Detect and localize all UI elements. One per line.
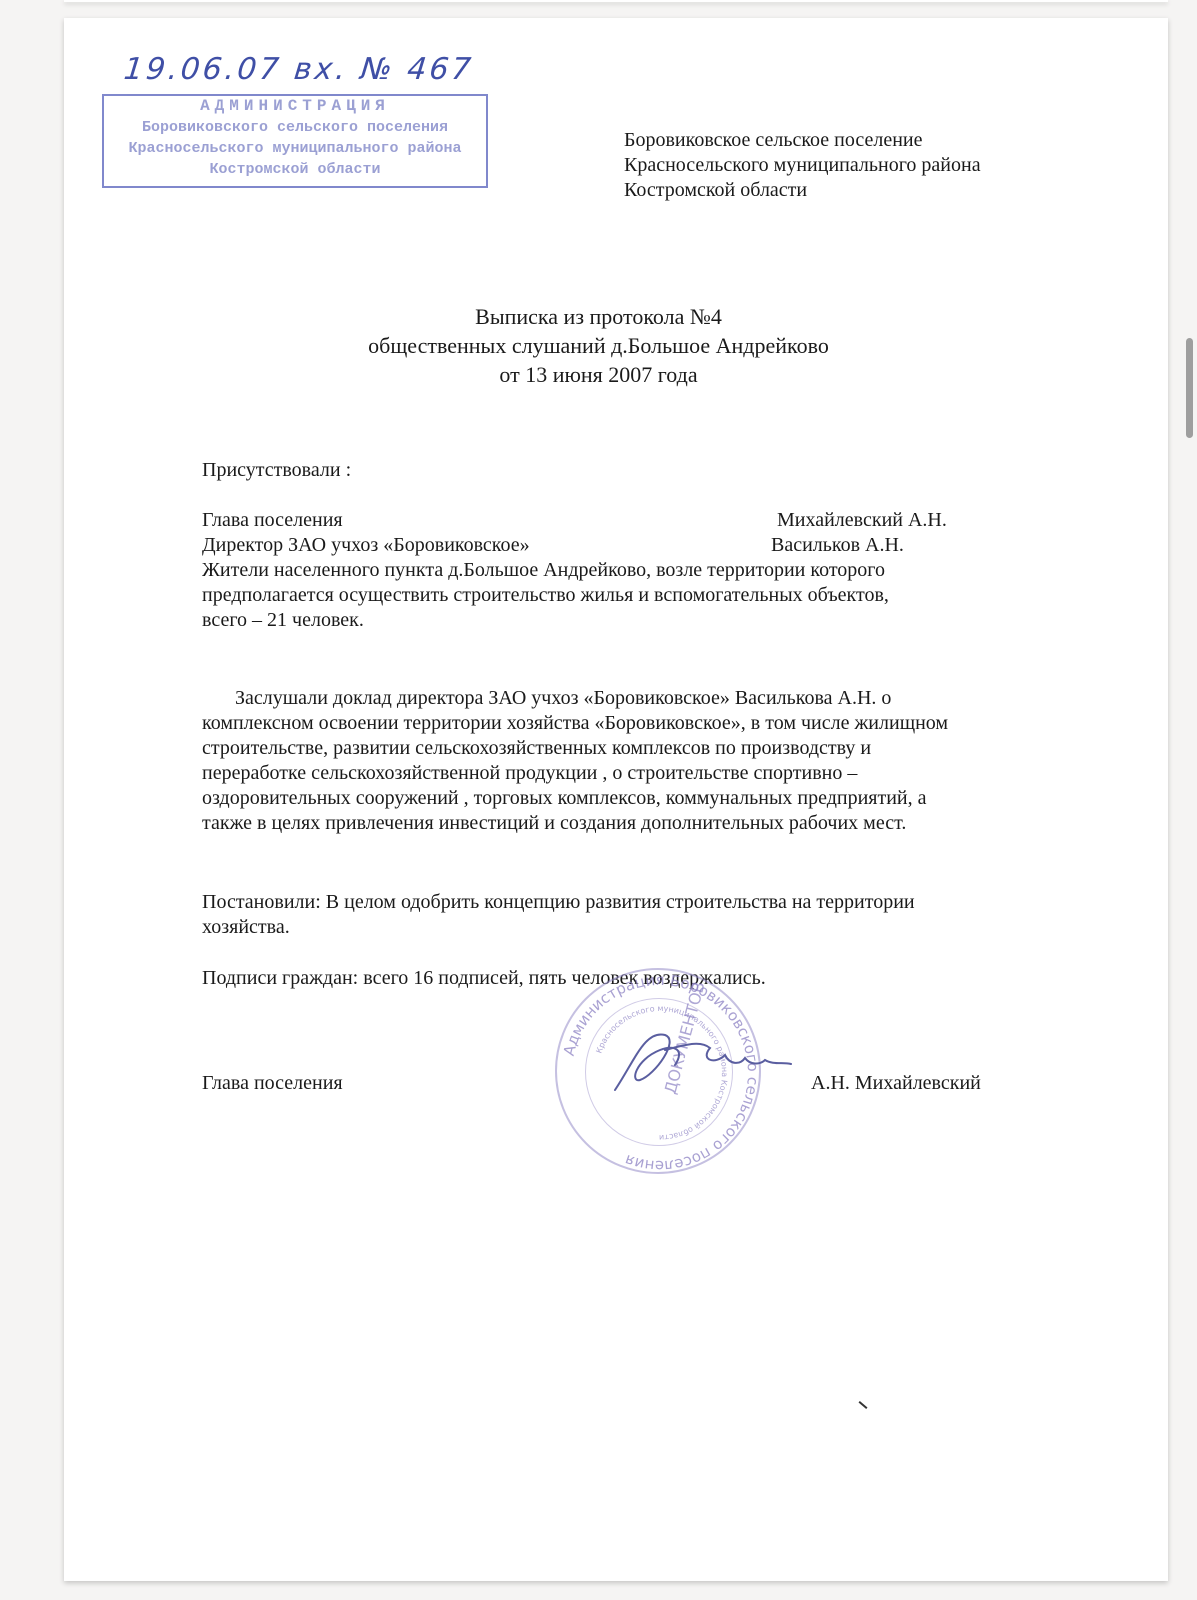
previous-page-edge (64, 0, 1168, 2)
corner-stamp-line: Красносельского муниципального района (104, 138, 486, 159)
resolved-line: Постановили: В целом одобрить концепцию … (202, 890, 915, 915)
heard-line: строительстве, развитии сельскохозяйстве… (202, 736, 948, 761)
signoff-role: Глава поселения (202, 1071, 343, 1096)
heard-line: комплексном освоении территории хозяйств… (202, 711, 948, 736)
residents-line: предполагается осуществить строительство… (202, 583, 889, 608)
heard-line: переработке сельскохозяйственной продукц… (202, 761, 948, 786)
resolved-paragraph: Постановили: В целом одобрить концепцию … (202, 890, 915, 940)
addressee-header: Боровиковское сельское поселение Краснос… (624, 128, 981, 203)
corner-stamp-line: Боровиковского сельского поселения (104, 117, 486, 138)
attendee-role: Глава поселения (202, 508, 343, 533)
attendee-name: Васильков А.Н. (771, 533, 904, 558)
heard-line: также в целях привлечения инвестиций и с… (202, 811, 948, 836)
handwritten-registration-note: 19.06.07 вх. № 467 (122, 52, 475, 87)
title-line-1: Выписка из протокола №4 (0, 302, 1197, 331)
title-line-3: от 13 июня 2007 года (0, 360, 1197, 389)
document-title: Выписка из протокола №4 общественных слу… (0, 302, 1197, 389)
heard-paragraph: Заслушали доклад директора ЗАО учхоз «Бо… (202, 686, 948, 836)
resolved-line: хозяйства. (202, 915, 915, 940)
header-line: Красносельского муниципального района (624, 153, 981, 178)
residents-paragraph: Жители населенного пункта д.Большое Андр… (202, 558, 889, 633)
header-line: Костромской области (624, 178, 981, 203)
corner-stamp-line: АДМИНИСТРАЦИЯ (104, 96, 486, 117)
handwritten-signature-icon (605, 1020, 795, 1100)
signoff-name: А.Н. Михайлевский (811, 1071, 981, 1096)
attendees-heading: Присутствовали : (202, 458, 351, 483)
residents-line: Жители населенного пункта д.Большое Андр… (202, 558, 889, 583)
attendee-name: Михайлевский А.Н. (777, 508, 947, 533)
attendee-role: Директор ЗАО учхоз «Боровиковское» (202, 533, 530, 558)
administration-corner-stamp: АДМИНИСТРАЦИЯ Боровиковского сельского п… (102, 94, 488, 188)
vertical-scrollbar[interactable] (1179, 0, 1197, 1600)
corner-stamp-line: Костромской области (104, 159, 486, 180)
heard-line: Заслушали доклад директора ЗАО учхоз «Бо… (202, 686, 948, 711)
heard-line: оздоровительных сооружений , торговых ко… (202, 786, 948, 811)
scrollbar-thumb[interactable] (1186, 338, 1193, 438)
header-line: Боровиковское сельское поселение (624, 128, 981, 153)
title-line-2: общественных слушаний д.Большое Андрейко… (0, 331, 1197, 360)
residents-line: всего – 21 человек. (202, 608, 889, 633)
